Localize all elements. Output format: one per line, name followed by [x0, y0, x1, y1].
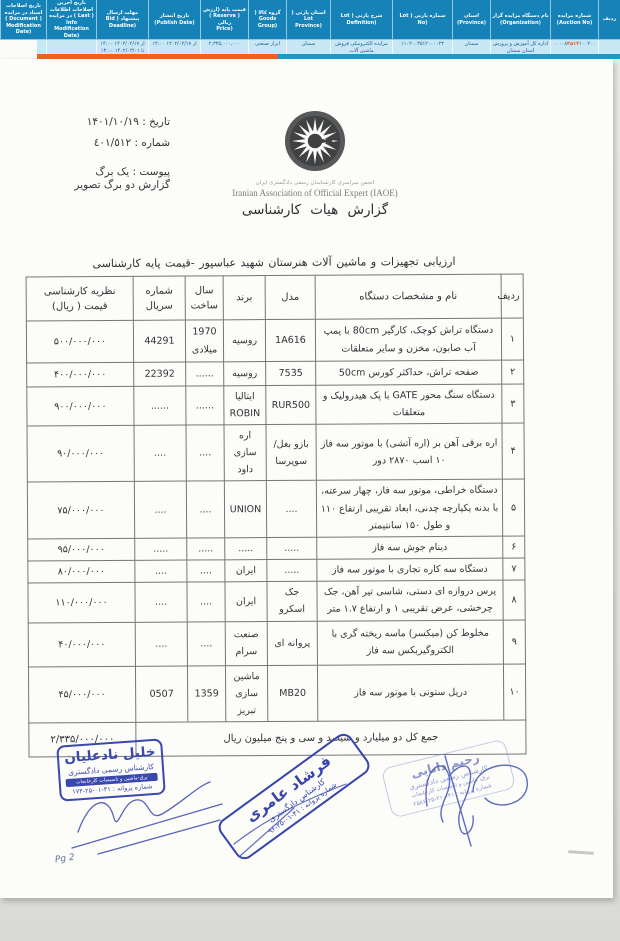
auction-col-header: استان (Province): [452, 0, 490, 40]
auction-col-header: نام دستگاه مزایده گزار (Organization): [490, 0, 550, 40]
year-built: 1359: [187, 666, 225, 723]
serial-number: 44291: [133, 320, 185, 362]
model: .....: [267, 537, 317, 559]
evaluation-col-header: ردیف: [501, 274, 523, 318]
equipment-row: ۳دستگاه سنگ محور GATE با پک هیدرولیک و م…: [27, 384, 524, 426]
row-number: ۶: [503, 536, 525, 558]
equipment-name: صفحه تراش، حداکثر کورس 50cm: [316, 360, 502, 385]
auction-col-header: استان پارتی ( Lot (Province: [286, 0, 330, 40]
equipment-name: دستگاه سنگ محور GATE با پک هیدرولیک و مت…: [316, 384, 502, 424]
expert-price: ۹۰/۰۰۰/۰۰۰: [27, 426, 134, 483]
model: RUR500: [266, 385, 316, 424]
evaluation-col-header: نظریه کارشناسی قیمت ( ریال): [26, 276, 133, 321]
year-built: ......: [186, 362, 224, 386]
auction-col-header: ردیف: [598, 0, 620, 40]
letterhead-attachment-2: گزارش دو برگ تصویر: [18, 179, 170, 191]
evaluation-col-header: مدل: [265, 275, 315, 319]
expert-price: ۹۰۰/۰۰۰/۰۰۰: [27, 386, 134, 426]
evaluation-col-header: شماره سریال: [133, 276, 185, 320]
auction-value-lot_definition: مزایده الکترونیکی فروش ماشین آلات مستهلک…: [330, 40, 392, 54]
serial-number: 22392: [134, 362, 186, 386]
auction-col-header: قیمت پایه (ارزش ( Reserve ) ریالی (Price: [200, 0, 248, 40]
equipment-name: مخلوط کن (میکسر) ماسه ریخته گری با الکتر…: [317, 620, 503, 665]
model: 1A616: [265, 319, 315, 361]
equipment-row: ۶دینام جوش سه فاز....................۹۵/…: [28, 536, 525, 561]
evaluation-section: ارزیابی تجهیزات و ماشین آلات هنرستان شهی…: [25, 254, 525, 757]
auction-col-header: شماره مزایده (Auction No): [550, 0, 598, 40]
auction-col-header: تاریخ اصلاحات اسناد در مزایده ( Document…: [0, 0, 46, 40]
serial-number: ......: [134, 386, 186, 426]
auction-value-publish_date: از ۱۴۰۲/۰۲/۱۷ ۱۴:۰۰: [148, 40, 200, 54]
association-name-farsi: انجمن سراسری کارشناسان رسمی دادگستری ایر…: [160, 180, 470, 186]
equipment-name: پرس دروازه ای دستی، شاسی تیر آهن، جک چرخ…: [317, 580, 503, 621]
auction-value-bid_deadline: از ۱۴۰۲/۰۲/۱۷ ۱۴:۰۰ تا ۱۴۰۲/۰۳/۰۱ ۱۴:۰۰: [96, 40, 148, 54]
serial-number: ....: [134, 425, 186, 482]
auction-value-lot_province: سمنان: [286, 40, 330, 54]
model: پروانه ای: [267, 621, 317, 665]
auction-col-header: شماره پارتی ( Lot (No: [392, 0, 452, 40]
expert-price: ۴۰۰/۰۰۰/۰۰۰: [27, 362, 134, 387]
model: 7535: [266, 361, 316, 385]
brand: ایران: [225, 559, 267, 581]
auction-value-info_modification: [46, 40, 96, 54]
row-number: ۲: [502, 360, 524, 384]
auction-info-value-row: ۱۰۰۲۰۰۳۵۱۲۰۰۰۰۸اداره کل آموزش و پرورش اس…: [0, 40, 620, 54]
expert-price: ۷۵/۰۰۰/۰۰۰: [27, 482, 134, 539]
model: MB20: [267, 665, 317, 722]
equipment-name: دریل ستونی با موتور سه فاز: [317, 664, 503, 721]
model: جک اسکرو: [267, 581, 317, 621]
brand: ایران: [225, 581, 267, 621]
letterhead-number: شماره : ٤٠١/٥١٢: [18, 137, 170, 149]
auction-value-province: سمنان: [452, 40, 490, 54]
year-built: ....: [187, 582, 225, 622]
row-number: ۸: [503, 580, 525, 620]
letterhead-block: تاریخ : ۱۴۰۱/۱۰/۱۹ شماره : ٤٠١/٥١٢ پیوست…: [18, 116, 170, 192]
brand: صنعت سرام: [225, 621, 267, 665]
report-title: گزارش هیات کارشناسی: [160, 202, 470, 218]
row-number: ۱: [501, 318, 523, 360]
year-built: ....: [186, 481, 224, 538]
evaluation-col-header: نام و مشخصات دستگاه: [315, 274, 501, 319]
serial-number: ....: [134, 482, 186, 539]
year-built: ....: [186, 425, 224, 482]
auction-info-table: ردیفشماره مزایده (Auction No)نام دستگاه …: [0, 0, 620, 54]
auction-col-header: گروه کالا ( Goods (Group: [248, 0, 286, 40]
evaluation-col-header: برند: [223, 276, 265, 320]
equipment-row: ۴اره برقی آهن بر (اره آتشی) با موتور سه …: [27, 423, 524, 482]
serial-number: ....: [135, 622, 187, 666]
equipment-name: دینام جوش سه فاز: [317, 536, 503, 559]
auction-value-radif: [598, 40, 620, 54]
year-built: .....: [187, 538, 225, 560]
model: ....: [266, 481, 316, 538]
auction-value-goods_group: ابزار صنعتی: [248, 40, 286, 54]
auction-value-lot_no: ۱۱۰۲۰۰۳۵۱۲۰۰۰۰۲۳: [392, 40, 452, 54]
brand: ماشین سازی تبریز: [225, 665, 267, 722]
expert-price: ۴۰/۰۰۰/۰۰۰: [28, 622, 135, 667]
row-number: ۷: [503, 558, 525, 580]
brand: اره سازی داود: [224, 425, 266, 482]
association-name-english: Iranian Association of Official Expert (…: [160, 188, 470, 198]
equipment-row: ۲صفحه تراش، حداکثر کورس 50cm7535روسیه...…: [27, 360, 524, 387]
evaluation-col-header: سال ساخت: [185, 276, 223, 320]
scanned-expert-report: { "colors": { "header_blue": "#1583b8", …: [0, 0, 620, 941]
highlighted-digits: ۳۵۱۲: [567, 41, 579, 48]
row-number: ۵: [502, 479, 524, 535]
equipment-name: اره برقی آهن بر (اره آتشی) با موتور سه ف…: [316, 423, 502, 480]
brand: روسیه: [224, 362, 266, 386]
evaluation-table-header-row: ردیفنام و مشخصات دستگاهمدلبرندسال ساختشم…: [26, 274, 523, 321]
auction-value-base_price: ۲,۳۳۵,۰۰۰,۰۰۰: [200, 40, 248, 54]
equipment-name: دستگاه خراطی، موتور سه فاز، چهار سرعته، …: [316, 480, 502, 537]
equipment-row: ۱۰دریل ستونی با موتور سه فازMB20ماشین سا…: [28, 664, 525, 723]
evaluation-table-title: ارزیابی تجهیزات و ماشین آلات هنرستان شهی…: [25, 254, 522, 270]
serial-number: .....: [135, 538, 187, 560]
signature-scribble-right: [415, 748, 550, 853]
expert-price: ۴۵/۰۰۰/۰۰۰: [28, 666, 135, 723]
row-number: ۴: [502, 423, 524, 479]
row-number: ۱۰: [503, 664, 525, 720]
serial-number: ....: [135, 560, 187, 582]
row-number: ۹: [503, 620, 525, 664]
iaoe-logo-icon: [284, 110, 346, 172]
brand: .....: [225, 537, 267, 559]
auction-value-auction: ۱۰۰۲۰۰۳۵۱۲۰۰۰۰۸: [550, 40, 598, 54]
equipment-name: دستگاه تراش کوچک، کارگیر 80cm با پمپ آب …: [315, 318, 501, 361]
year-built: ....: [187, 560, 225, 582]
auction-value-organization: اداره کل آموزش و پرورش استان سمنان: [490, 40, 550, 54]
auction-col-header: شرح پارتی ( Lot (Definition: [330, 0, 392, 40]
auction-col-header: مهلت ارسال پیشنهاد ( Bid (Deadline: [96, 0, 148, 40]
expert-price: ۹۵/۰۰۰/۰۰۰: [28, 538, 135, 561]
model: بازو بغل/ سوپرسا: [266, 424, 316, 481]
paper-corner-overlap: [0, 40, 37, 59]
year-built: ......: [186, 386, 224, 425]
year-built: ....: [187, 622, 225, 666]
model: .....: [267, 559, 317, 581]
signature-scribble-middle: [230, 778, 350, 858]
equipment-row: ۹مخلوط کن (میکسر) ماسه ریخته گری با الکت…: [28, 620, 525, 667]
year-built: 1970 میلادی: [185, 320, 223, 362]
auction-info-header-row: ردیفشماره مزایده (Auction No)نام دستگاه …: [0, 0, 620, 40]
signature-scribble-left: [70, 770, 230, 855]
equipment-row: ۷دستگاه سه کاره تجاری با موتور سه فاز...…: [28, 558, 525, 583]
brand: ایتالیا ROBIN: [224, 386, 266, 425]
evaluation-table-body: ۱دستگاه تراش کوچک، کارگیر 80cm با پمپ آب…: [26, 318, 525, 723]
brand: UNION: [224, 481, 266, 538]
brand: روسیه: [223, 320, 265, 362]
expert-price: ۸۰/۰۰۰/۰۰۰: [28, 560, 135, 583]
equipment-row: ۸پرس دروازه ای دستی، شاسی تیر آهن، جک چر…: [28, 580, 525, 623]
expert-price: ۱۱۰/۰۰۰/۰۰۰: [28, 582, 135, 623]
expert-price: ۵۰۰/۰۰۰/۰۰۰: [26, 320, 133, 363]
evaluation-table: ردیفنام و مشخصات دستگاهمدلبرندسال ساختشم…: [26, 273, 527, 757]
auction-col-header: تاریخ انتشار (Publish Date): [148, 0, 200, 40]
equipment-name: دستگاه سه کاره تجاری با موتور سه فاز: [317, 558, 503, 581]
letterhead-date: تاریخ : ۱۴۰۱/۱۰/۱۹: [18, 116, 170, 128]
serial-number: 0507: [135, 666, 187, 723]
equipment-row: ۵دستگاه خراطی، موتور سه فاز، چهار سرعته،…: [27, 479, 524, 538]
letterhead-attachment: پیوست : یک برگ: [18, 166, 170, 178]
equipment-row: ۱دستگاه تراش کوچک، کارگیر 80cm با پمپ آب…: [26, 318, 523, 363]
association-header: انجمن سراسری کارشناسان رسمی دادگستری ایر…: [160, 110, 470, 218]
auction-col-header: تاریخ آخرین اصلاحات اطلاعات ( Last ) در …: [46, 0, 96, 40]
row-number: ۳: [502, 384, 524, 423]
serial-number: ....: [135, 582, 187, 622]
